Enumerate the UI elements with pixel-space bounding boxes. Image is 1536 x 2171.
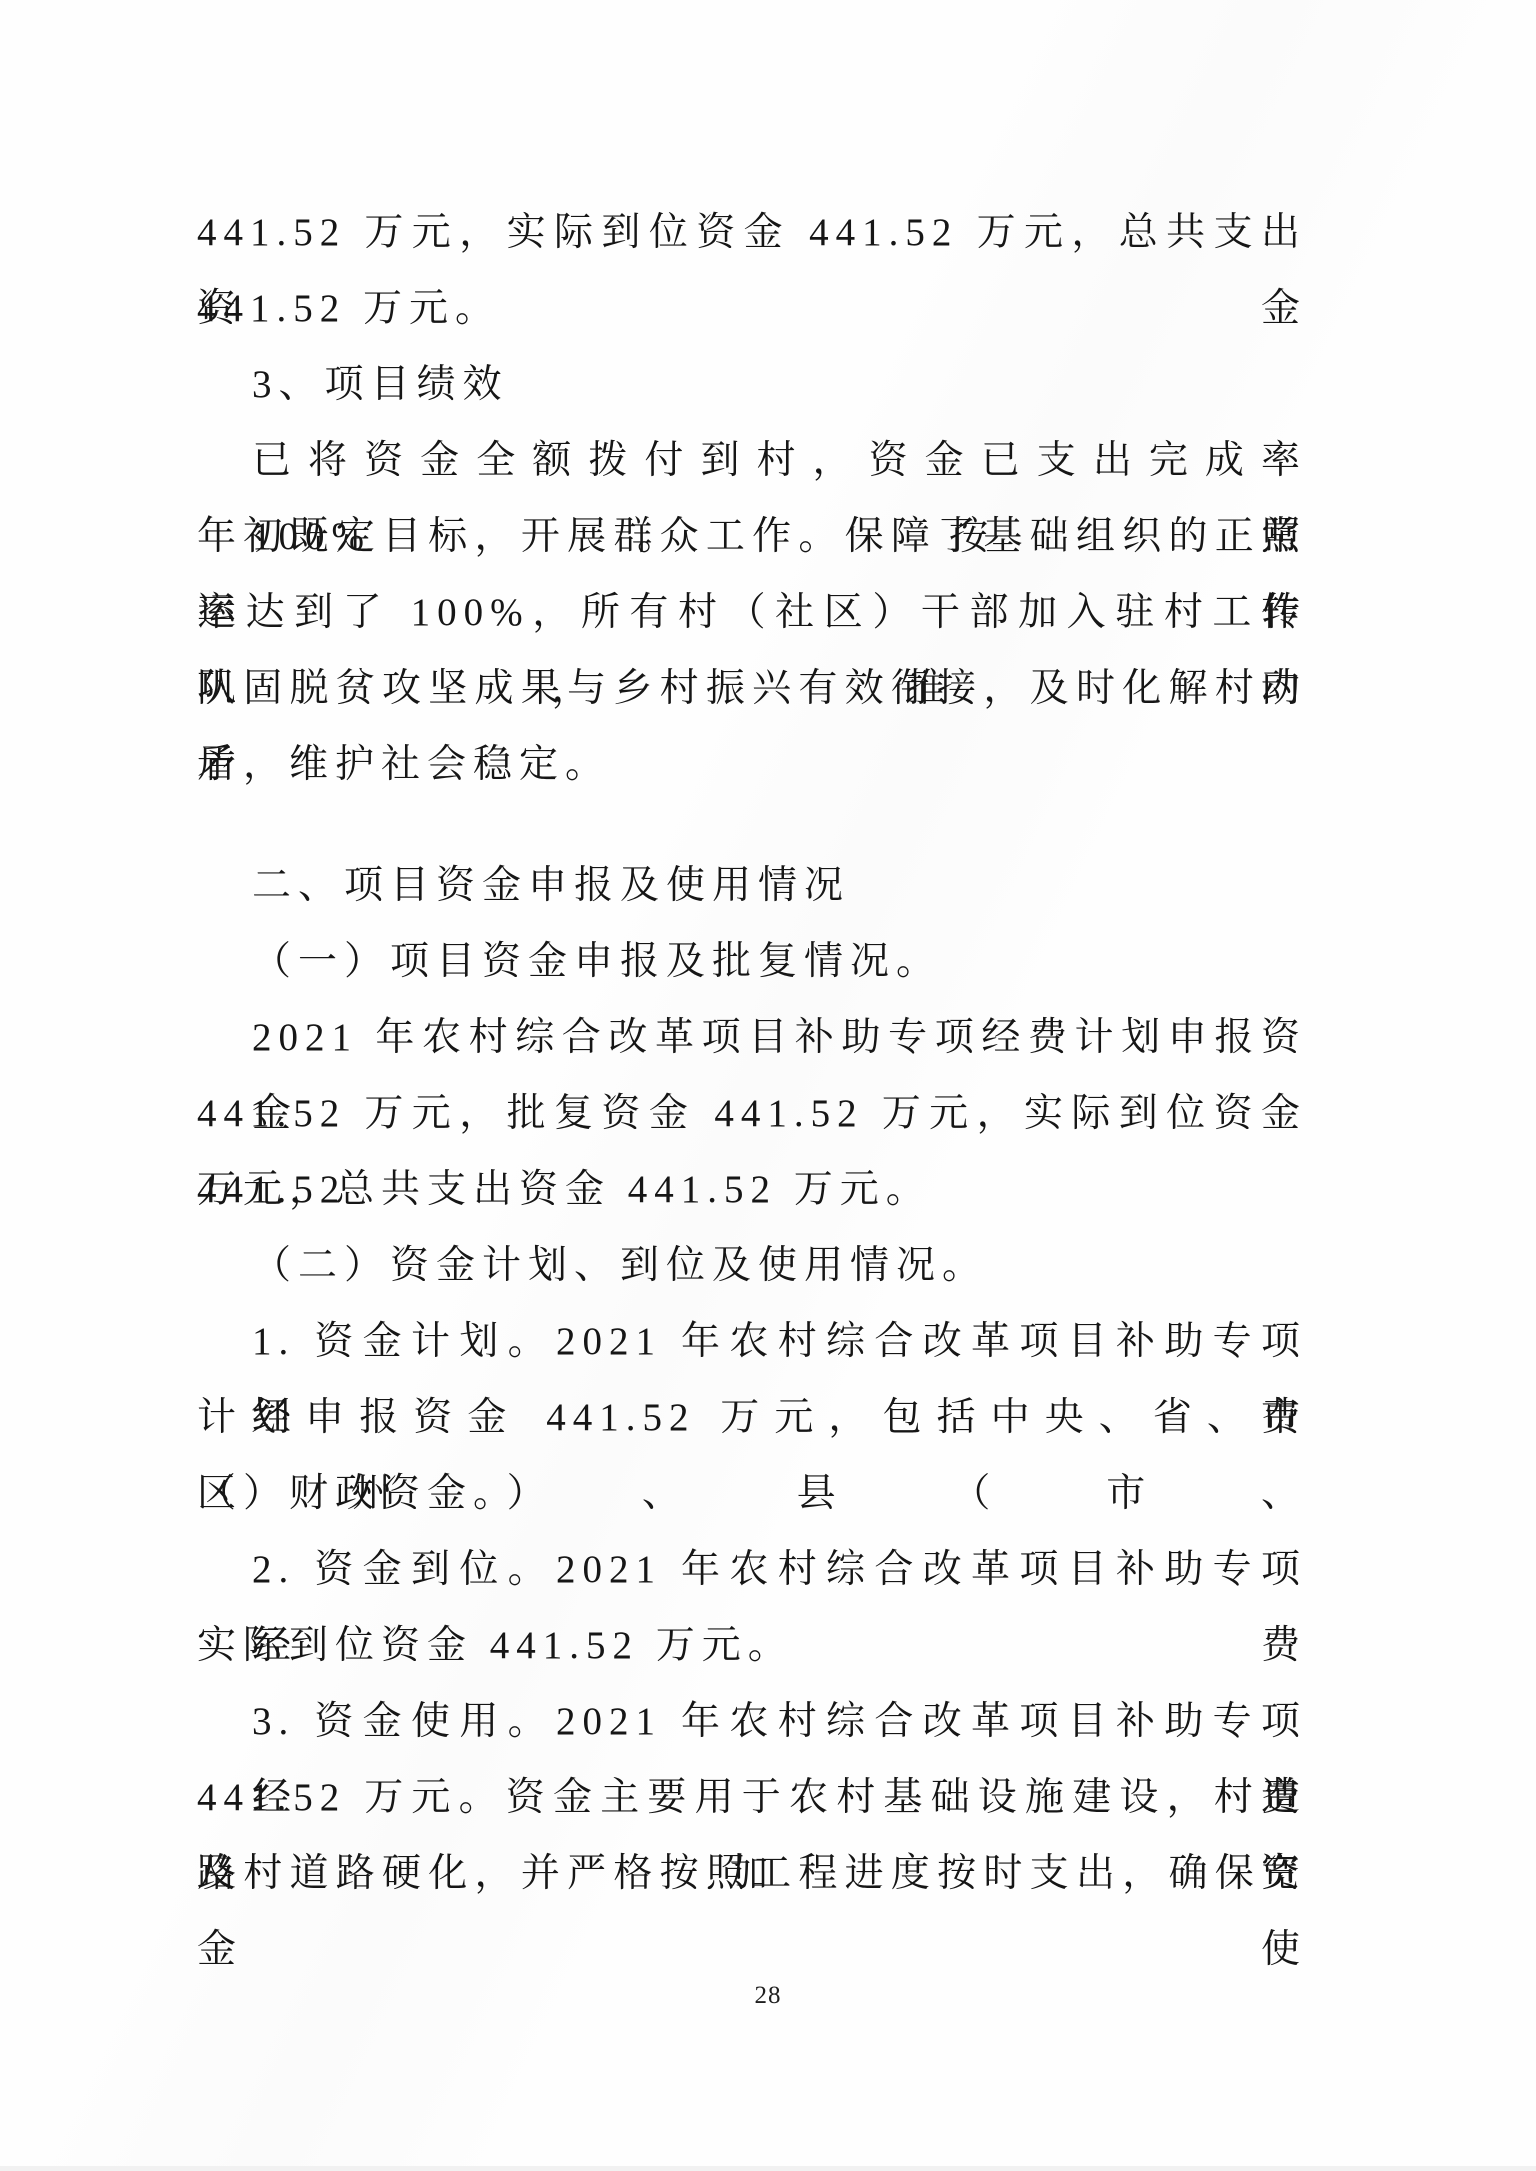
- document-body: 441.52 万元，实际到位资金 441.52 万元，总共支出资金441.52 …: [197, 195, 1307, 1912]
- text-line: 2. 资金到位。2021 年农村综合改革项目补助专项经费: [197, 1532, 1307, 1608]
- text-line: 2021 年农村综合改革项目补助专项经费计划申报资金: [197, 1000, 1307, 1076]
- document-page: 441.52 万元，实际到位资金 441.52 万元，总共支出资金441.52 …: [0, 0, 1536, 2171]
- text-line: 率达到了 100%，所有村（社区）干部加入驻村工作队，推动: [197, 575, 1307, 651]
- page-bottom-edge: [0, 2166, 1536, 2171]
- text-line: 3、项目绩效: [197, 347, 1307, 423]
- text-line: 441.52 万元，批复资金 441.52 万元，实际到位资金 441.52: [197, 1076, 1307, 1152]
- text-line: 计划申报资金 441.52 万元，包括中央、省、市（州）、县（市、: [197, 1380, 1307, 1456]
- text-line: 已将资金全额拨付到村，资金已支出完成率 100%。按照: [197, 423, 1307, 499]
- text-line: 3. 资金使用。2021 年农村综合改革项目补助专项经费: [197, 1684, 1307, 1760]
- text-line: [197, 803, 1307, 848]
- text-line: （一）项目资金申报及批复情况。: [197, 924, 1307, 1000]
- text-line: 巩固脱贫攻坚成果与乡村振兴有效衔接，及时化解村内矛: [197, 651, 1307, 727]
- text-line: 1. 资金计划。2021 年农村综合改革项目补助专项经费: [197, 1304, 1307, 1380]
- text-line: 二、项目资金申报及使用情况: [197, 848, 1307, 924]
- text-line: 441.52 万元。资金主要用于农村基础设施建设，村道路加宽: [197, 1760, 1307, 1836]
- page-number: 28: [0, 1982, 1536, 2010]
- text-line: 万元，总共支出资金 441.52 万元。: [197, 1152, 1307, 1228]
- text-line: 盾，维护社会稳定。: [197, 727, 1307, 803]
- text-line: 及村道路硬化，并严格按照工程进度按时支出，确保资金使: [197, 1836, 1307, 1912]
- text-line: （二）资金计划、到位及使用情况。: [197, 1228, 1307, 1304]
- text-line: 年初既定目标，开展群众工作。保障了基础组织的正常运转: [197, 499, 1307, 575]
- text-line: 441.52 万元，实际到位资金 441.52 万元，总共支出资金: [197, 195, 1307, 271]
